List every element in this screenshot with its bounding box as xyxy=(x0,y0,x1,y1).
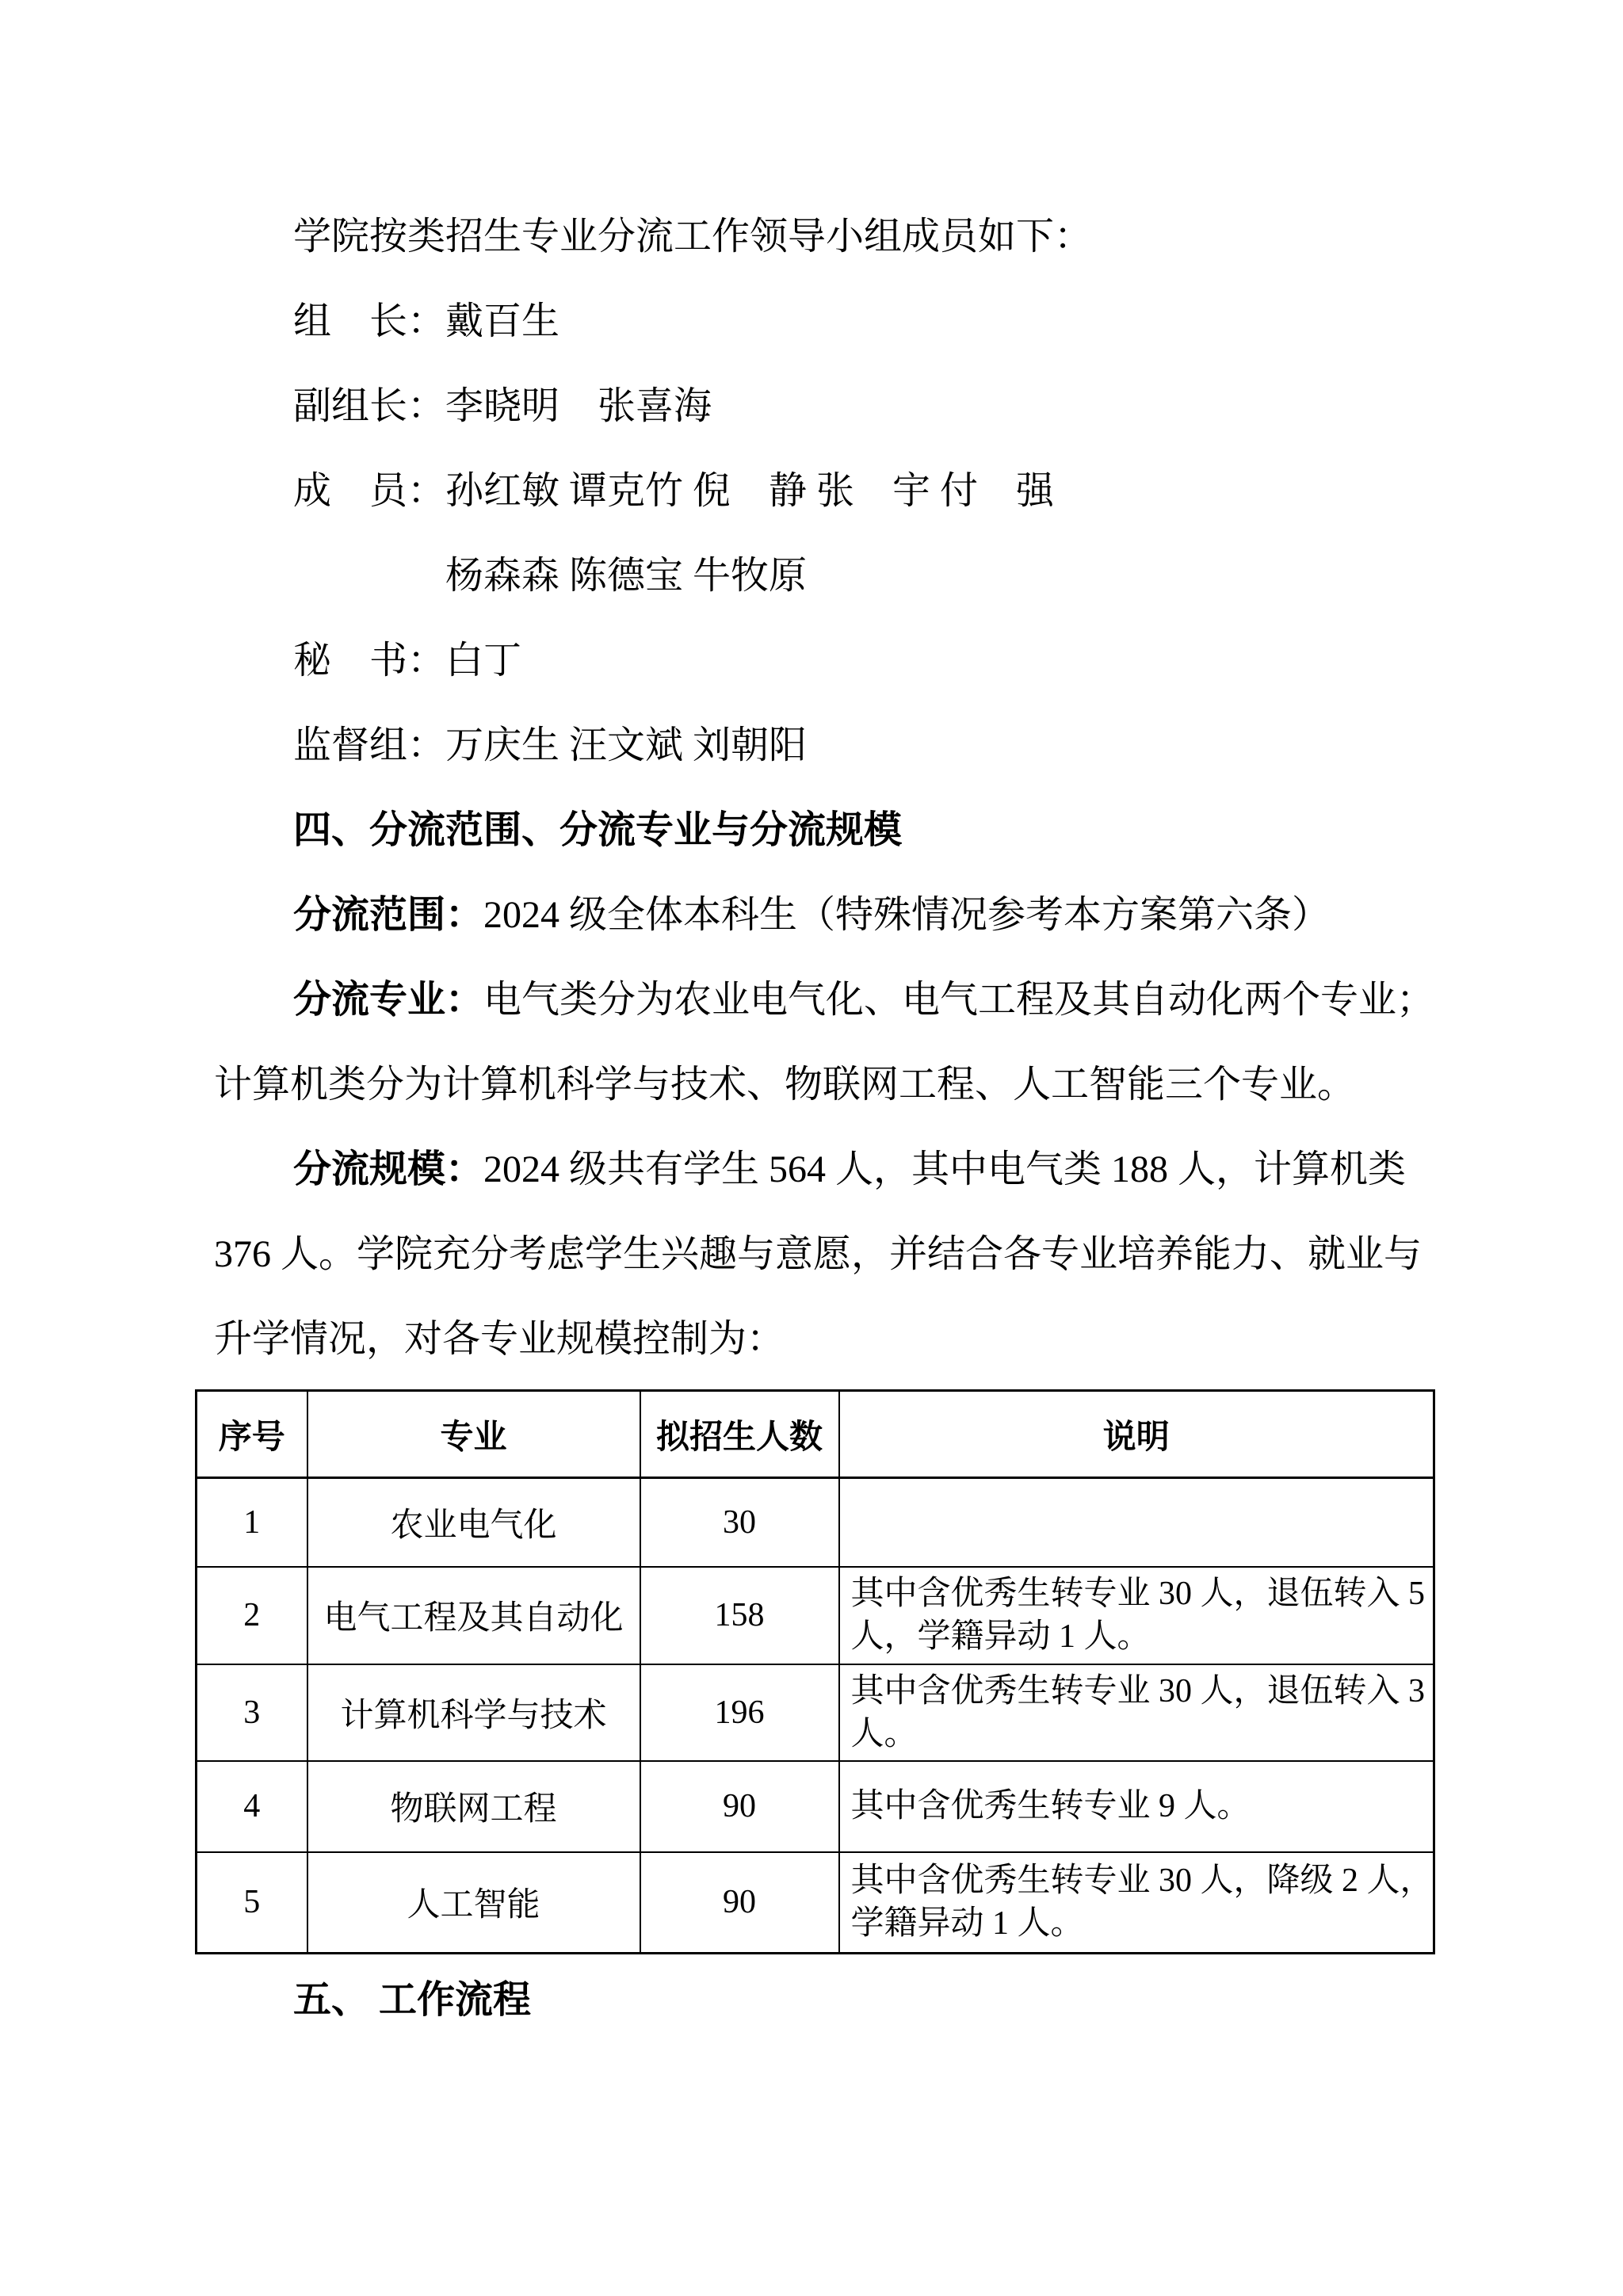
text-line: 学院按类招生专业分流工作领导小组成员如下： xyxy=(214,194,1426,279)
cell-major: 计算机科学与技术 xyxy=(307,1664,640,1761)
paragraph-text: 学院按类招生专业分流工作领导小组成员如下： xyxy=(293,216,1092,258)
paragraph-text: 监督组：万庆生 汪文斌 刘朝阳 xyxy=(293,724,807,766)
cell-note: 其中含优秀生转专业 30 人，降级 2 人，学籍异动 1 人。 xyxy=(839,1852,1434,1954)
col-header-major: 专业 xyxy=(307,1391,640,1478)
cell-major: 农业电气化 xyxy=(307,1478,640,1567)
note-text-line: 其中含优秀生转专业 30 人，降级 2 人， xyxy=(851,1859,1423,1902)
text-line: 分流专业：电气类分为农业电气化、电气工程及其自动化两个专业； xyxy=(214,957,1426,1042)
paragraph-text: 计算机类分为计算机科学与技术、物联网工程、人工智能三个专业。 xyxy=(214,1064,1355,1106)
cell-note: 其中含优秀生转专业 30 人，退伍转入 5人，学籍异动 1 人。 xyxy=(839,1567,1434,1664)
table-row: 4 物联网工程 90 其中含优秀生转专业 9 人。 xyxy=(197,1761,1434,1852)
majors-quota-table: 序号 专业 拟招生人数 说明 1 农业电气化 30 2 电气工程及其自动化 15… xyxy=(195,1389,1435,1954)
text-line: 376 人。学院充分考虑学生兴趣与意愿，并结合各专业培养能力、就业与 xyxy=(214,1212,1426,1297)
cell-no: 1 xyxy=(197,1478,307,1567)
note-text-line: 学籍异动 1 人。 xyxy=(851,1902,1423,1945)
paragraph-text: 杨森森 陈德宝 牛牧原 xyxy=(445,555,807,597)
section-heading-workflow: 五、 工作流程 xyxy=(214,1958,531,2042)
table-row: 5 人工智能 90 其中含优秀生转专业 30 人，降级 2 人，学籍异动 1 人… xyxy=(197,1852,1434,1954)
col-header-quota: 拟招生人数 xyxy=(640,1391,839,1478)
cell-no: 2 xyxy=(197,1567,307,1664)
text-line: 组 长：戴百生 xyxy=(214,279,1426,364)
cell-major: 物联网工程 xyxy=(307,1761,640,1852)
note-text-line: 其中含优秀生转专业 9 人。 xyxy=(851,1785,1423,1828)
paragraph-text: 电气类分为农业电气化、电气工程及其自动化两个专业； xyxy=(483,979,1434,1021)
text-line: 分流范围：2024 级全体本科生（特殊情况参考本方案第六条） xyxy=(214,873,1426,957)
col-header-note: 说明 xyxy=(839,1391,1434,1478)
paragraph-text: 四、分流范围、分流专业与分流规模 xyxy=(293,809,902,851)
text-line: 成 员：孙红敏 谭克竹 倪 静 张 宇 付 强 xyxy=(214,449,1426,533)
text-line: 秘 书：白丁 xyxy=(214,618,1426,703)
paragraph-text: 组 长：戴百生 xyxy=(293,300,559,342)
cell-no: 5 xyxy=(197,1852,307,1954)
text-line: 计算机类分为计算机科学与技术、物联网工程、人工智能三个专业。 xyxy=(214,1042,1426,1127)
cell-note: 其中含优秀生转专业 30 人，退伍转入 3人。 xyxy=(839,1664,1434,1761)
cell-quota: 158 xyxy=(640,1567,839,1664)
table-row: 3 计算机科学与技术 196 其中含优秀生转专业 30 人，退伍转入 3人。 xyxy=(197,1664,1434,1761)
paragraph-label: 分流范围： xyxy=(293,894,483,936)
cell-major: 人工智能 xyxy=(307,1852,640,1954)
cell-major: 电气工程及其自动化 xyxy=(307,1567,640,1664)
paragraph-text: 成 员：孙红敏 谭克竹 倪 静 张 宇 付 强 xyxy=(293,470,1054,512)
text-line: 四、分流范围、分流专业与分流规模 xyxy=(214,788,1426,873)
paragraph-text: 2024 级全体本科生（特殊情况参考本方案第六条） xyxy=(483,894,1330,936)
document-page: 学院按类招生专业分流工作领导小组成员如下：组 长：戴百生副组长：李晓明 张喜海成… xyxy=(0,0,1623,2296)
paragraph-text: 升学情况，对各专业规模控制为： xyxy=(214,1318,785,1360)
paragraph-text: 2024 级共有学生 564 人，其中电气类 188 人，计算机类 xyxy=(483,1148,1406,1190)
cell-quota: 90 xyxy=(640,1852,839,1954)
text-line: 分流规模：2024 级共有学生 564 人，其中电气类 188 人，计算机类 xyxy=(214,1127,1426,1212)
paragraph-text: 副组长：李晓明 张喜海 xyxy=(293,385,712,427)
note-text-line: 其中含优秀生转专业 30 人，退伍转入 3 xyxy=(851,1670,1423,1713)
col-header-no: 序号 xyxy=(197,1391,307,1478)
cell-note xyxy=(839,1478,1434,1567)
cell-no: 3 xyxy=(197,1664,307,1761)
table-header-row: 序号 专业 拟招生人数 说明 xyxy=(197,1391,1434,1478)
note-text-line: 人。 xyxy=(851,1713,1423,1755)
text-line: 监督组：万庆生 汪文斌 刘朝阳 xyxy=(214,703,1426,788)
cell-note: 其中含优秀生转专业 9 人。 xyxy=(839,1761,1434,1852)
paragraph-text: 376 人。学院充分考虑学生兴趣与意愿，并结合各专业培养能力、就业与 xyxy=(214,1233,1422,1275)
cell-quota: 196 xyxy=(640,1664,839,1761)
paragraph-label: 分流规模： xyxy=(293,1148,483,1190)
table-row: 2 电气工程及其自动化 158 其中含优秀生转专业 30 人，退伍转入 5人，学… xyxy=(197,1567,1434,1664)
body-text-block: 学院按类招生专业分流工作领导小组成员如下：组 长：戴百生副组长：李晓明 张喜海成… xyxy=(214,194,1426,1381)
paragraph-text: 秘 书：白丁 xyxy=(293,640,521,682)
text-line: 杨森森 陈德宝 牛牧原 xyxy=(214,533,1426,618)
cell-quota: 90 xyxy=(640,1761,839,1852)
note-text-line: 其中含优秀生转专业 30 人，退伍转入 5 xyxy=(851,1572,1423,1615)
table-row: 1 农业电气化 30 xyxy=(197,1478,1434,1567)
text-line: 副组长：李晓明 张喜海 xyxy=(214,364,1426,449)
cell-quota: 30 xyxy=(640,1478,839,1567)
cell-no: 4 xyxy=(197,1761,307,1852)
paragraph-label: 分流专业： xyxy=(293,979,483,1021)
note-text-line: 人，学籍异动 1 人。 xyxy=(851,1615,1423,1658)
text-line: 升学情况，对各专业规模控制为： xyxy=(214,1297,1426,1381)
